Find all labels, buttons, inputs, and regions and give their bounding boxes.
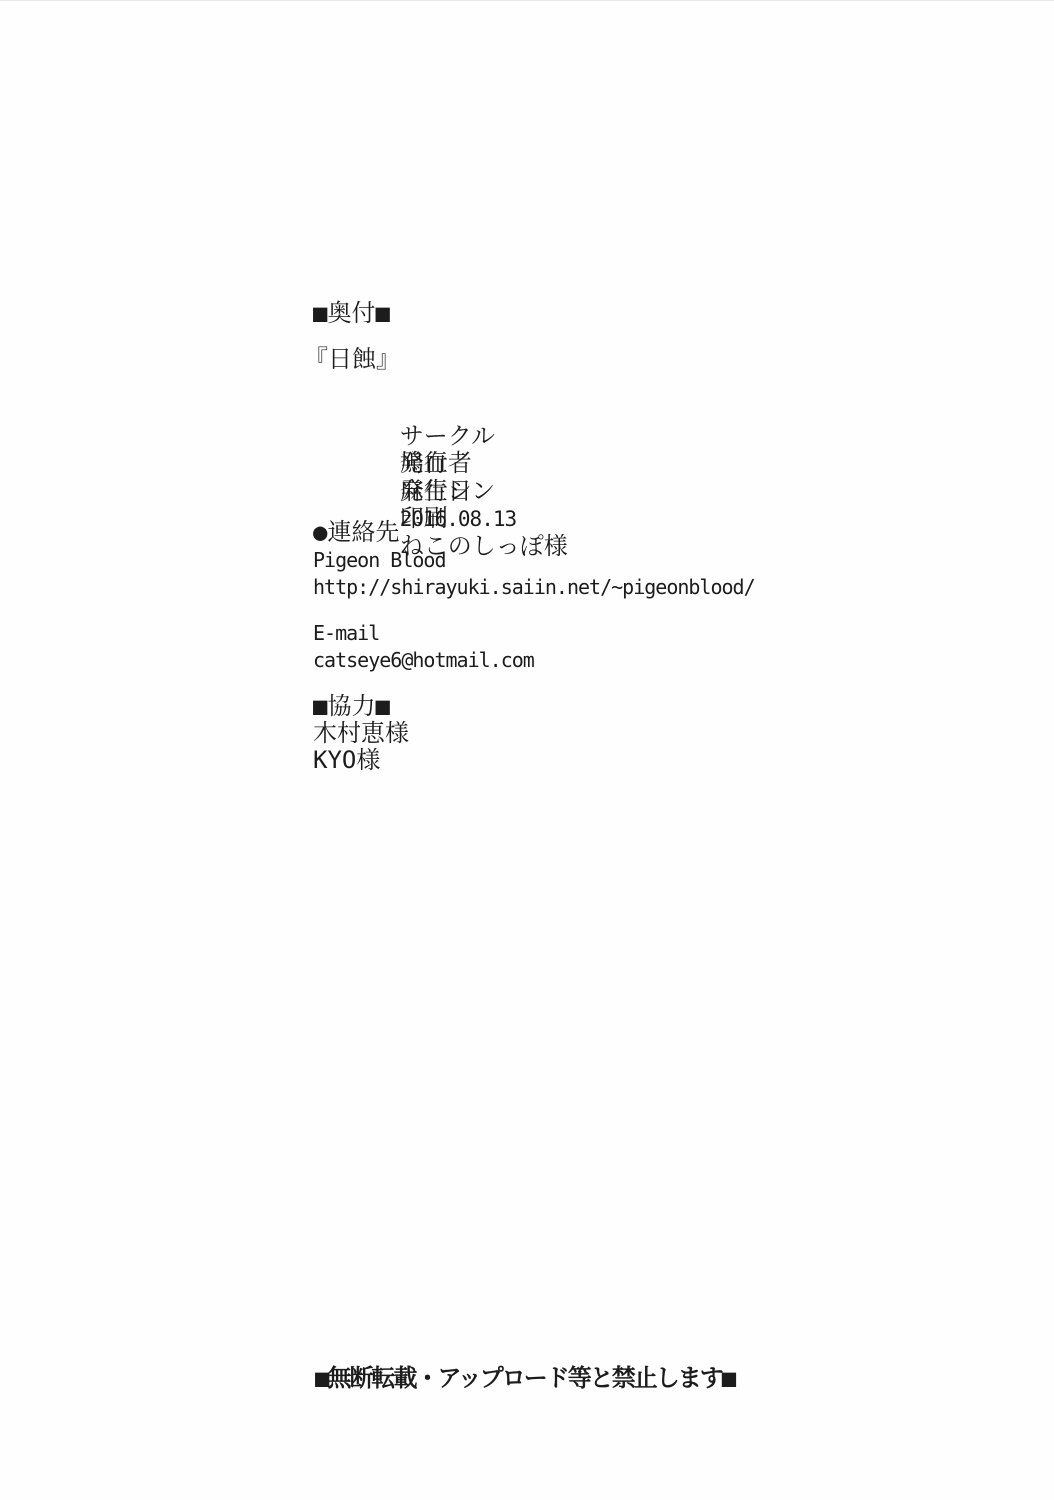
detail-row-circle: サークル 鳩血 [313, 395, 568, 423]
credit-name: 木村恵様 [313, 720, 409, 747]
book-title: 『日蝕』 [304, 346, 400, 373]
email-label: E-mail [313, 620, 379, 647]
publication-details: サークル 鳩血 発行者 麻生シン 発行日 2016.08.13 印刷 ねこのしっ… [313, 395, 568, 505]
credit-name: KYO様 [313, 747, 380, 774]
credits-heading: ■協力■ [313, 693, 390, 720]
email-address: catseye6@hotmail.com [313, 647, 534, 674]
detail-label: サークル [400, 423, 507, 451]
website-url: http://shirayuki.saiin.net/~pigeonblood/ [313, 574, 755, 601]
reproduction-notice: ■無断転載・アップロード等と禁止します■ [315, 1365, 734, 1392]
contact-heading: ●連絡先 [313, 519, 399, 546]
circle-name: Pigeon Blood [313, 547, 446, 574]
detail-label: 印刷 [400, 505, 507, 533]
detail-label: 発行者 [400, 450, 507, 478]
colophon-heading: ■奥付■ [313, 300, 390, 327]
detail-label: 発行日 [400, 478, 507, 506]
scanned-colophon-page: ■奥付■ 『日蝕』 サークル 鳩血 発行者 麻生シン 発行日 2016.08.1… [0, 0, 1054, 1500]
